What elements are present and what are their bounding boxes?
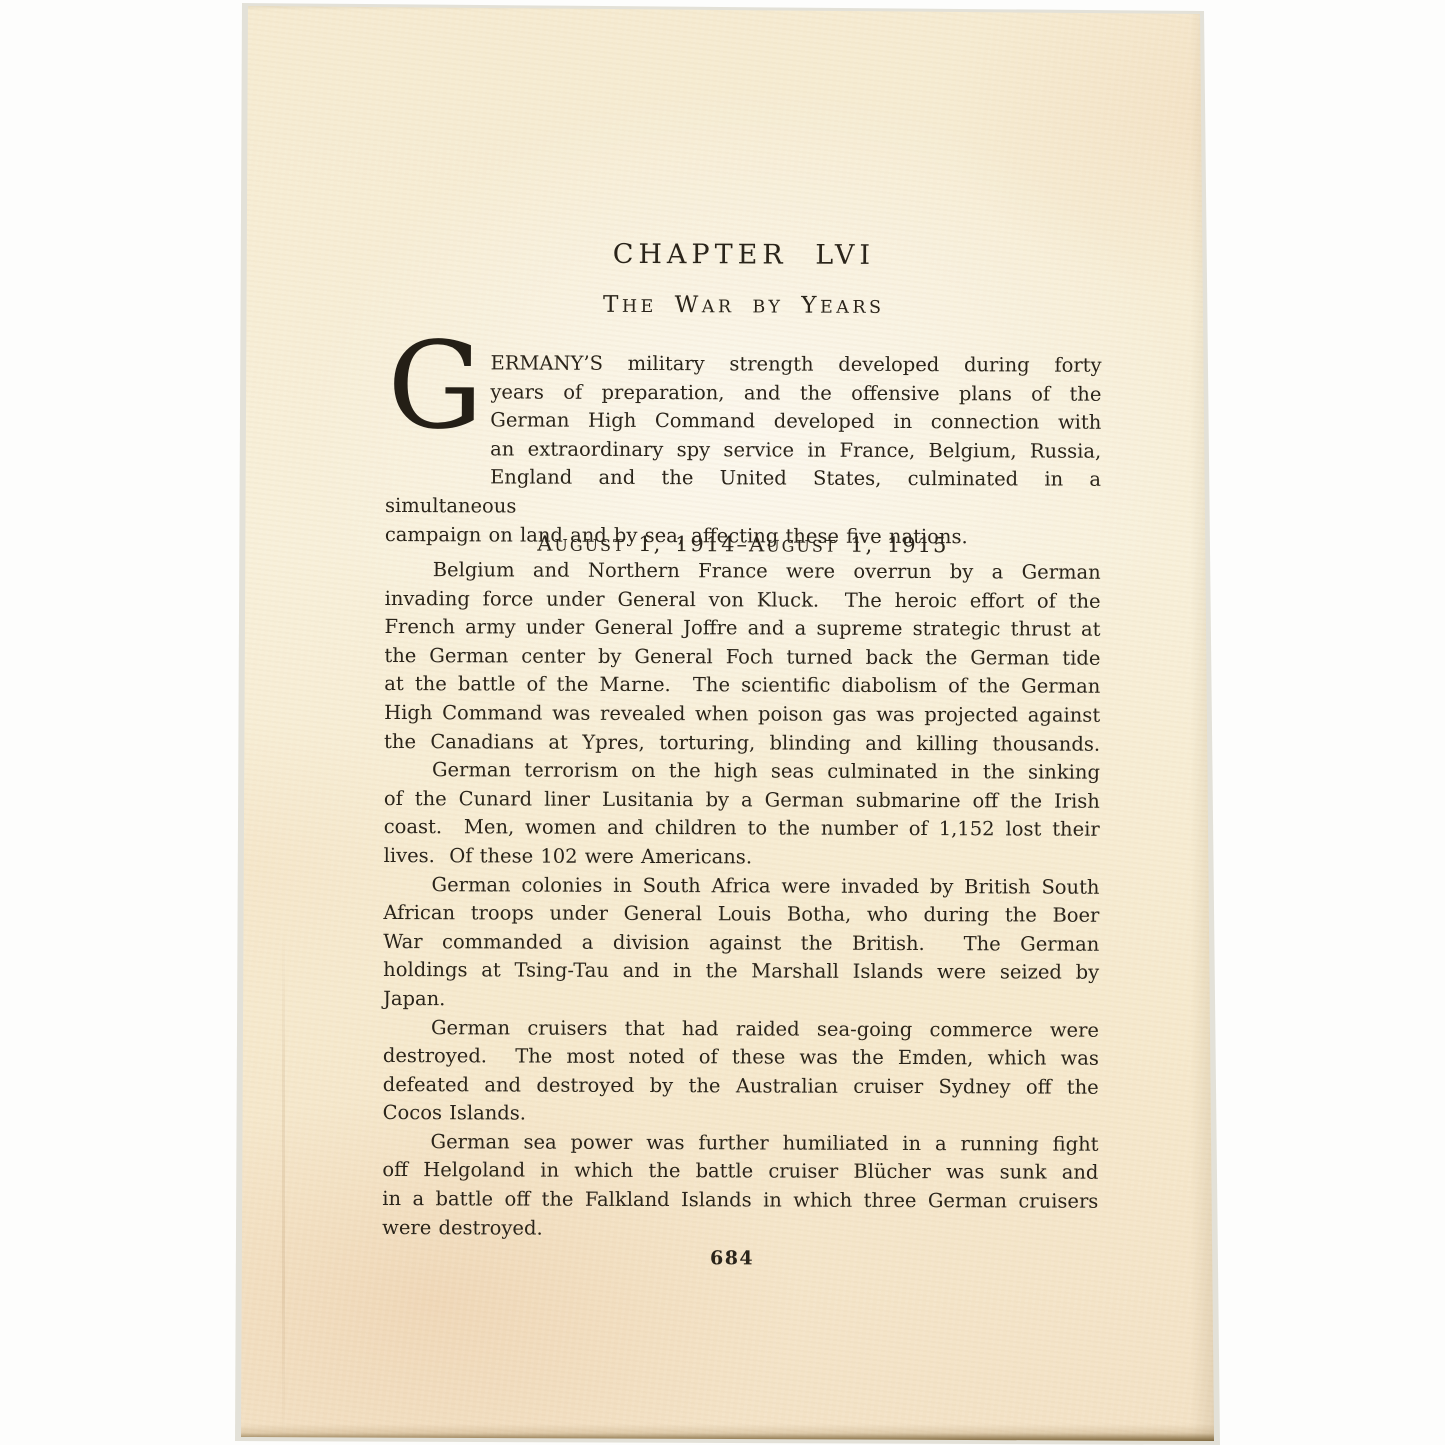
text-line: coast. Men, women and children to the nu…: [384, 813, 1100, 844]
printed-content: CHAPTER LVI THE WAR BY YEARS G ERMANY’S …: [0, 0, 1445, 1445]
text-line: an extraordinary spy service in France, …: [385, 435, 1101, 466]
chapter-subtitle: THE WAR BY YEARS: [386, 291, 1102, 320]
drop-cap-letter: G: [387, 351, 477, 464]
text-line: years of preparation, and the offensive …: [385, 378, 1101, 409]
text-line: the Canadians at Ypres, torturing, blind…: [384, 728, 1100, 759]
text-line: in a battle off the Falkland Islands in …: [382, 1185, 1098, 1216]
text-line: German colonies in South Africa were inv…: [383, 871, 1099, 902]
text-line: Belgium and Northern France were overrun…: [385, 556, 1101, 587]
text-line: England and the United States, culminate…: [385, 463, 1101, 523]
book-page: CHAPTER LVI THE WAR BY YEARS G ERMANY’S …: [0, 0, 1445, 1445]
text-line: off Helgoland in which the battle cruise…: [382, 1156, 1098, 1187]
text-line: German cruisers that had raided sea-goin…: [383, 1013, 1099, 1044]
body-text: Belgium and Northern France were overrun…: [382, 556, 1101, 1245]
text-line: defeated and destroyed by the Australian…: [383, 1071, 1099, 1102]
text-line: ERMANY’S military strength developed dur…: [385, 349, 1101, 380]
chapter-heading: CHAPTER LVI: [386, 238, 1102, 272]
text-line: destroyed. The most noted of these was t…: [383, 1042, 1099, 1073]
text-line: War commanded a division against the Bri…: [383, 928, 1099, 959]
text-line: at the battle of the Marne. The scientif…: [384, 670, 1100, 701]
section-heading-date-range: AUGUST 1, 1914–AUGUST 1, 1915: [385, 531, 1101, 558]
text-line: German sea power was further humiliated …: [382, 1128, 1098, 1159]
text-line: Japan.: [383, 985, 1099, 1016]
text-line: holdings at Tsing-Tau and in the Marshal…: [383, 956, 1099, 987]
text-line: of the Cunard liner Lusitania by a Germa…: [384, 785, 1100, 816]
text-line: German High Command developed in connect…: [385, 406, 1101, 437]
page-number: 684: [382, 1246, 1082, 1271]
text-line: invading force under General von Kluck. …: [385, 585, 1101, 616]
lead-paragraph: G ERMANY’S military strength developed d…: [385, 349, 1102, 552]
text-line: lives. Of these 102 were Americans.: [384, 842, 1100, 873]
text-line: were destroyed.: [382, 1214, 1098, 1245]
text-line: the German center by General Foch turned…: [384, 642, 1100, 673]
text-line: African troops under General Louis Botha…: [383, 899, 1099, 930]
text-line: German terrorism on the high seas culmin…: [384, 756, 1100, 787]
text-line: Cocos Islands.: [383, 1099, 1099, 1130]
text-line: High Command was revealed when poison ga…: [384, 699, 1100, 730]
text-line: French army under General Joffre and a s…: [384, 613, 1100, 644]
